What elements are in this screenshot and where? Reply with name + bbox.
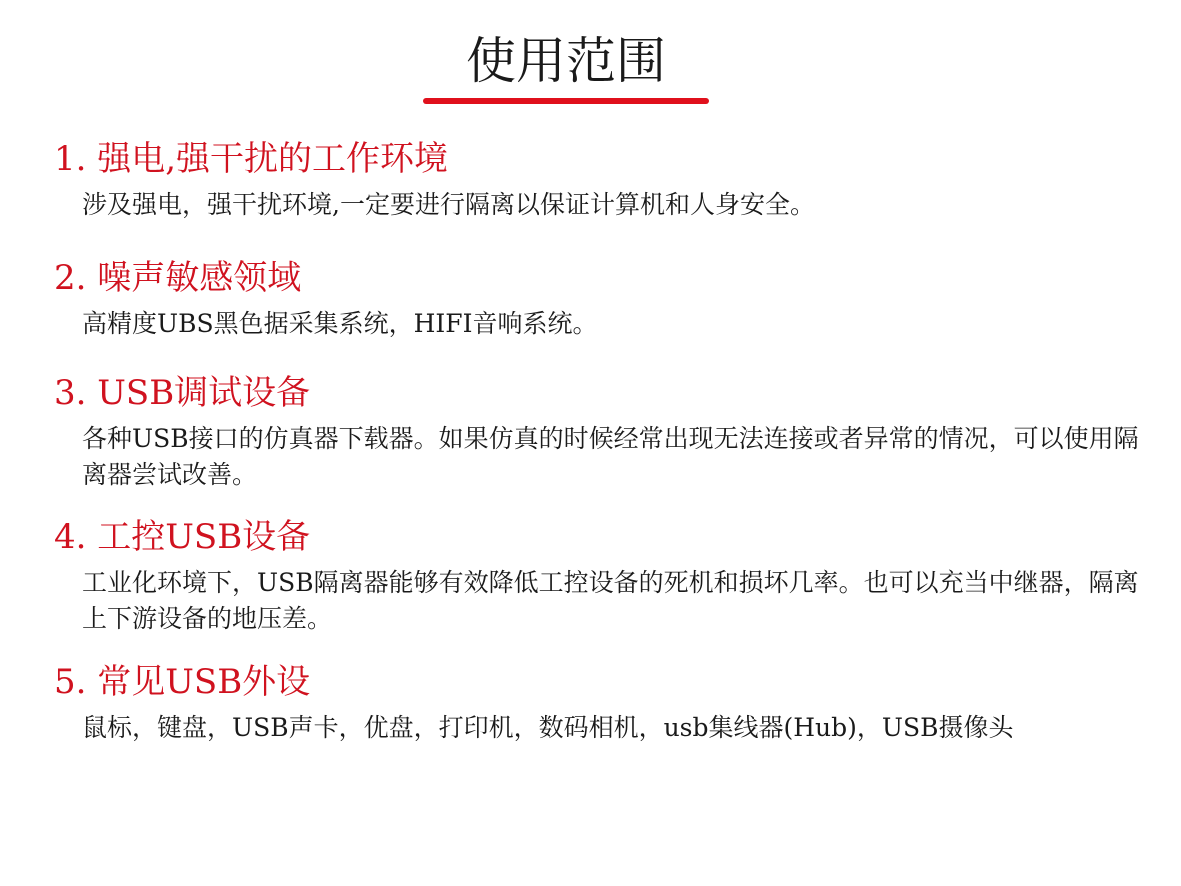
section-heading: 5. 常见USB外设 — [54, 660, 1164, 704]
section-noise-sensitive: 2. 噪声敏感领域 高精度UBS黑色据采集系统，HIFI音响系统。 — [54, 256, 1164, 342]
page-title: 使用范围 — [0, 30, 1132, 92]
section-heading: 4. 工控USB设备 — [54, 515, 1164, 559]
section-strong-interference: 1. 强电,强干扰的工作环境 涉及强电，强干扰环境,一定要进行隔离以保证计算机和… — [54, 137, 1164, 223]
section-body: 涉及强电，强干扰环境,一定要进行隔离以保证计算机和人身安全。 — [82, 187, 1152, 223]
section-body: 鼠标，键盘，USB声卡，优盘，打印机，数码相机，usb集线器(Hub)，USB摄… — [82, 710, 1152, 746]
section-heading: 3. USB调试设备 — [54, 371, 1164, 415]
section-heading: 1. 强电,强干扰的工作环境 — [54, 137, 1164, 181]
section-usb-debug-devices: 3. USB调试设备 各种USB接口的仿真器下载器。如果仿真的时候经常出现无法连… — [54, 371, 1164, 493]
section-heading: 2. 噪声敏感领域 — [54, 256, 1164, 300]
section-industrial-usb-devices: 4. 工控USB设备 工业化环境下，USB隔离器能够有效降低工控设备的死机和损坏… — [54, 515, 1164, 637]
section-common-usb-peripherals: 5. 常见USB外设 鼠标，键盘，USB声卡，优盘，打印机，数码相机，usb集线… — [54, 660, 1164, 746]
section-body: 工业化环境下，USB隔离器能够有效降低工控设备的死机和损坏几率。也可以充当中继器… — [82, 565, 1152, 637]
title-underline-divider — [423, 98, 709, 104]
section-body: 各种USB接口的仿真器下载器。如果仿真的时候经常出现无法连接或者异常的情况，可以… — [82, 421, 1152, 493]
section-body: 高精度UBS黑色据采集系统，HIFI音响系统。 — [82, 306, 1152, 342]
